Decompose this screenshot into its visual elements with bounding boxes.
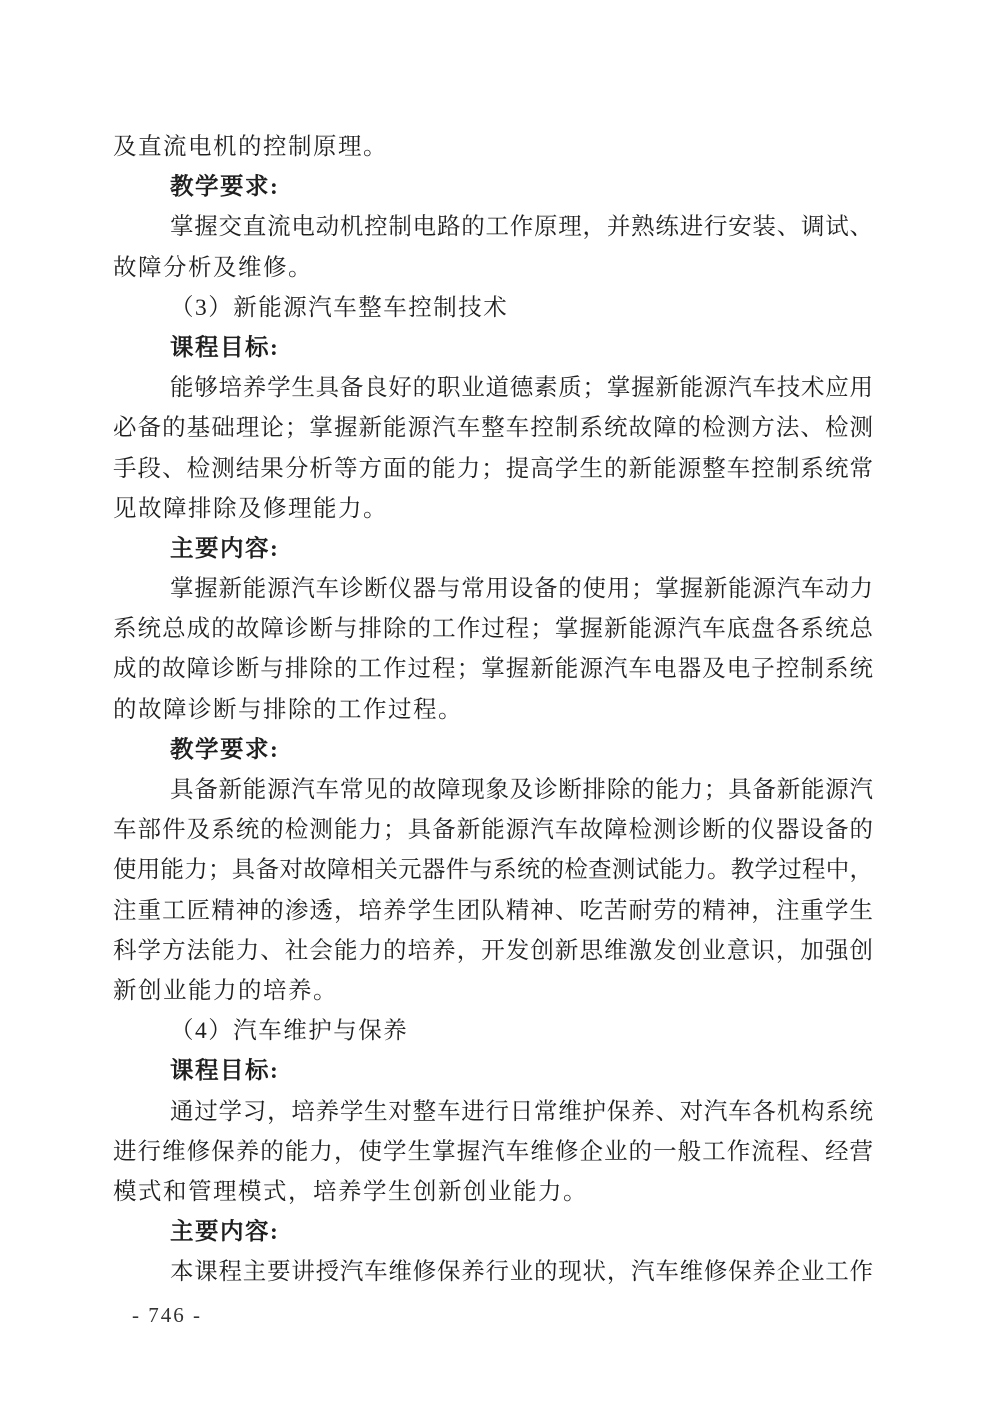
text-line: 新创业能力的培养。 [113,971,873,1011]
text-line: 见故障排除及修理能力。 [113,489,873,529]
text-line: 具备新能源汽车常见的故障现象及诊断排除的能力；具备新能源汽 [113,770,873,810]
page-number: - 746 - [132,1303,202,1327]
text-line: 进行维修保养的能力，使学生掌握汽车维修企业的一般工作流程、经营 [113,1132,873,1172]
text-line: 使用能力；具备对故障相关元器件与系统的检查测试能力。教学过程中， [113,850,873,890]
text-line: 故障分析及维修。 [113,248,873,288]
section-heading: 主要内容: [113,529,873,569]
text-line: 车部件及系统的检测能力；具备新能源汽车故障检测诊断的仪器设备的 [113,810,873,850]
text-line: （3）新能源汽车整车控制技术 [113,288,873,328]
section-heading: 教学要求: [113,730,873,770]
section-heading: 主要内容: [113,1212,873,1252]
text-line: 掌握新能源汽车诊断仪器与常用设备的使用；掌握新能源汽车动力 [113,569,873,609]
text-line: 及直流电机的控制原理。 [113,127,873,167]
text-line: 本课程主要讲授汽车维修保养行业的现状，汽车维修保养企业工作 [113,1252,873,1292]
text-line: 通过学习，培养学生对整车进行日常维护保养、对汽车各机构系统 [113,1092,873,1132]
text-line: 的故障诊断与排除的工作过程。 [113,690,873,730]
text-line: 成的故障诊断与排除的工作过程；掌握新能源汽车电器及电子控制系统 [113,649,873,689]
document-page: 及直流电机的控制原理。教学要求:掌握交直流电动机控制电路的工作原理，并熟练进行安… [0,0,1000,1414]
text-line: 能够培养学生具备良好的职业道德素质；掌握新能源汽车技术应用 [113,368,873,408]
text-line: 系统总成的故障诊断与排除的工作过程；掌握新能源汽车底盘各系统总 [113,609,873,649]
section-heading: 课程目标: [113,1051,873,1091]
text-line: 注重工匠精神的渗透，培养学生团队精神、吃苦耐劳的精神，注重学生 [113,891,873,931]
section-heading: 教学要求: [113,167,873,207]
section-heading: 课程目标: [113,328,873,368]
text-line: 掌握交直流电动机控制电路的工作原理，并熟练进行安装、调试、 [113,207,873,247]
text-line: 科学方法能力、社会能力的培养，开发创新思维激发创业意识，加强创 [113,931,873,971]
text-line: 手段、检测结果分析等方面的能力；提高学生的新能源整车控制系统常 [113,449,873,489]
text-line: 必备的基础理论；掌握新能源汽车整车控制系统故障的检测方法、检测 [113,408,873,448]
text-line: （4）汽车维护与保养 [113,1011,873,1051]
content-area: 及直流电机的控制原理。教学要求:掌握交直流电动机控制电路的工作原理，并熟练进行安… [113,127,873,1292]
text-line: 模式和管理模式，培养学生创新创业能力。 [113,1172,873,1212]
